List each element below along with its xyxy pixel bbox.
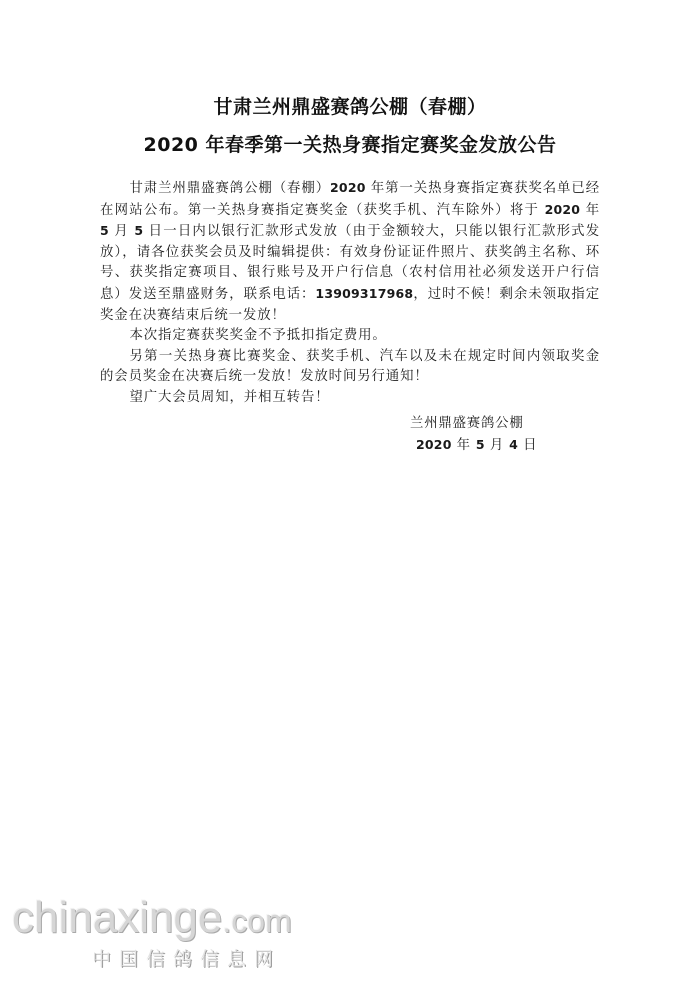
date-year: 2020 [416, 437, 452, 452]
date-month: 5 [476, 437, 485, 452]
paragraph-no-deduction: 本次指定赛获奖奖金不予抵扣指定费用。 [100, 326, 600, 347]
text-month: 5 [100, 223, 109, 238]
text-segment: 望广大会员周知，并相互转告！ [129, 390, 329, 405]
watermark-site-name: 中国信鸽信息网 [92, 947, 302, 971]
text-segment: 另第一关热身赛比赛奖金、获奖手机、汽车以及未在规定时间内领取奖金的会员奖金在决赛… [100, 349, 600, 385]
watermark-domain-tld: .com [222, 903, 291, 939]
text-segment: 甘肃兰州鼎盛赛鸽公棚（春棚） [129, 181, 330, 196]
signature-date: 2020 年 5 月 4 日 [410, 435, 560, 457]
text-segment: 本次指定赛获奖奖金不予抵扣指定费用。 [129, 328, 386, 343]
signature-block: 兰州鼎盛赛鸽公棚 2020 年 5 月 4 日 [410, 414, 560, 456]
text-year: 2020 [545, 202, 581, 217]
text-segment: 年 [580, 203, 600, 218]
watermark-domain-name: chinaxinge [12, 893, 222, 942]
paragraph-notice: 望广大会员周知，并相互转告！ [100, 388, 600, 409]
text-day: 5 [134, 223, 143, 238]
document-title-announcement: 2020 年春季第一关热身赛指定赛奖金发放公告 [0, 130, 700, 157]
text-year: 2020 [330, 180, 366, 195]
date-month-suffix: 月 [485, 438, 509, 453]
announcement-body: 甘肃兰州鼎盛赛鸽公棚（春棚）2020 年第一关热身赛指定赛获奖名单已经在网站公布… [100, 178, 600, 409]
paragraph-prize-distribution: 甘肃兰州鼎盛赛鸽公棚（春棚）2020 年第一关热身赛指定赛获奖名单已经在网站公布… [100, 178, 600, 326]
date-year-suffix: 年 [452, 438, 476, 453]
date-day: 4 [509, 437, 518, 452]
document-title-organization: 甘肃兰州鼎盛赛鸽公棚（春棚） [0, 92, 700, 119]
text-segment: 月 [109, 224, 134, 239]
signature-organization: 兰州鼎盛赛鸽公棚 [410, 414, 560, 435]
date-day-suffix: 日 [518, 438, 537, 453]
watermark-domain: chinaxinge.com [12, 896, 302, 943]
site-watermark: chinaxinge.com 中国信鸽信息网 [12, 896, 302, 971]
paragraph-other-prizes: 另第一关热身赛比赛奖金、获奖手机、汽车以及未在规定时间内领取奖金的会员奖金在决赛… [100, 347, 600, 388]
contact-phone-number: 13909317968 [315, 286, 413, 301]
